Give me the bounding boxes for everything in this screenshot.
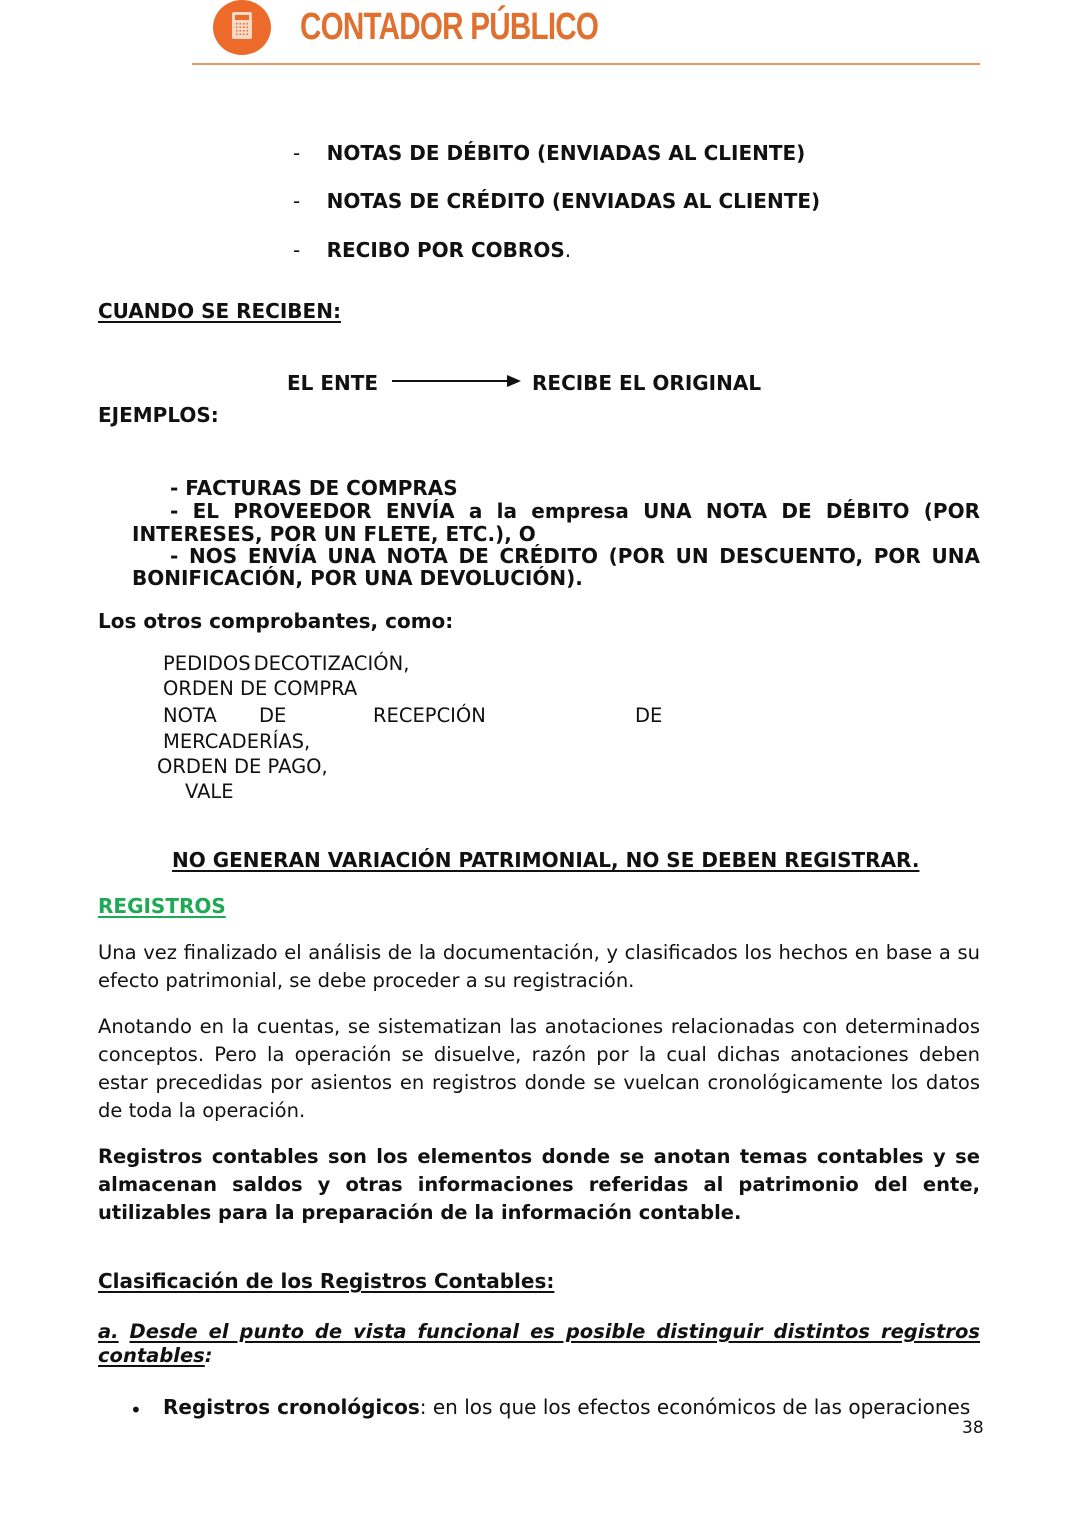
example-line: INTERESES, POR UN FLETE, ETC.), O: [132, 522, 536, 546]
arrow-icon: [392, 380, 508, 382]
list-item: - NOTAS DE CRÉDITO (ENVIADAS AL CLIENTE): [293, 189, 820, 213]
doc-item: MERCADERÍAS,: [163, 730, 310, 753]
paragraph: Una vez finalizado el análisis de la doc…: [98, 939, 980, 995]
subsection-a: a. Desde el punto de vista funcional es …: [98, 1320, 980, 1368]
examples-label: EJEMPLOS:: [98, 403, 219, 427]
doc-item: DE: [635, 704, 662, 727]
calculator-icon: [232, 12, 252, 39]
example-line: - EL PROVEEDOR ENVÍA a la empresa UNA NO…: [170, 499, 980, 523]
classification-heading: Clasificación de los Registros Contables…: [98, 1269, 554, 1293]
doc-item: ORDEN DE PAGO,: [157, 755, 328, 778]
brand-title: CONTADOR PÚBLICO: [300, 6, 598, 49]
page-number: 38: [962, 1418, 984, 1438]
paragraph: Anotando en la cuentas, se sistematizan …: [98, 1013, 980, 1125]
example-line: - FACTURAS DE COMPRAS: [170, 476, 458, 500]
example-line: BONIFICACIÓN, POR UNA DEVOLUCIÓN).: [132, 566, 583, 590]
others-heading: Los otros comprobantes, como:: [98, 609, 453, 633]
flow-from: EL ENTE: [287, 371, 378, 395]
doc-item: DE: [259, 704, 286, 727]
doc-item: NOTA: [163, 704, 217, 727]
doc-item: VALE: [185, 780, 234, 803]
section-heading: CUANDO SE RECIBEN:: [98, 299, 341, 323]
arrow-head-icon: [507, 375, 521, 387]
list-item: - RECIBO POR COBROS.: [293, 238, 571, 262]
registros-heading: REGISTROS: [98, 894, 226, 918]
conclusion: NO GENERAN VARIACIÓN PATRIMONIAL, NO SE …: [172, 848, 919, 872]
logo: [213, 0, 271, 55]
header-divider: [192, 63, 980, 65]
doc-item: RECEPCIÓN: [373, 704, 486, 727]
definition-paragraph: Registros contables son los elementos do…: [98, 1143, 980, 1227]
doc-item: PEDIDOSDECOTIZACIÓN,: [163, 652, 409, 675]
doc-item: ORDEN DE COMPRA: [163, 677, 357, 700]
bullet-icon: •: [130, 1398, 142, 1422]
bullet-item: Registros cronológicos: en los que los e…: [163, 1395, 970, 1419]
flow-to: RECIBE EL ORIGINAL: [532, 371, 761, 395]
list-item: - NOTAS DE DÉBITO (ENVIADAS AL CLIENTE): [293, 141, 805, 165]
example-line: - NOS ENVÍA UNA NOTA DE CRÉDITO (POR UN …: [170, 544, 980, 568]
